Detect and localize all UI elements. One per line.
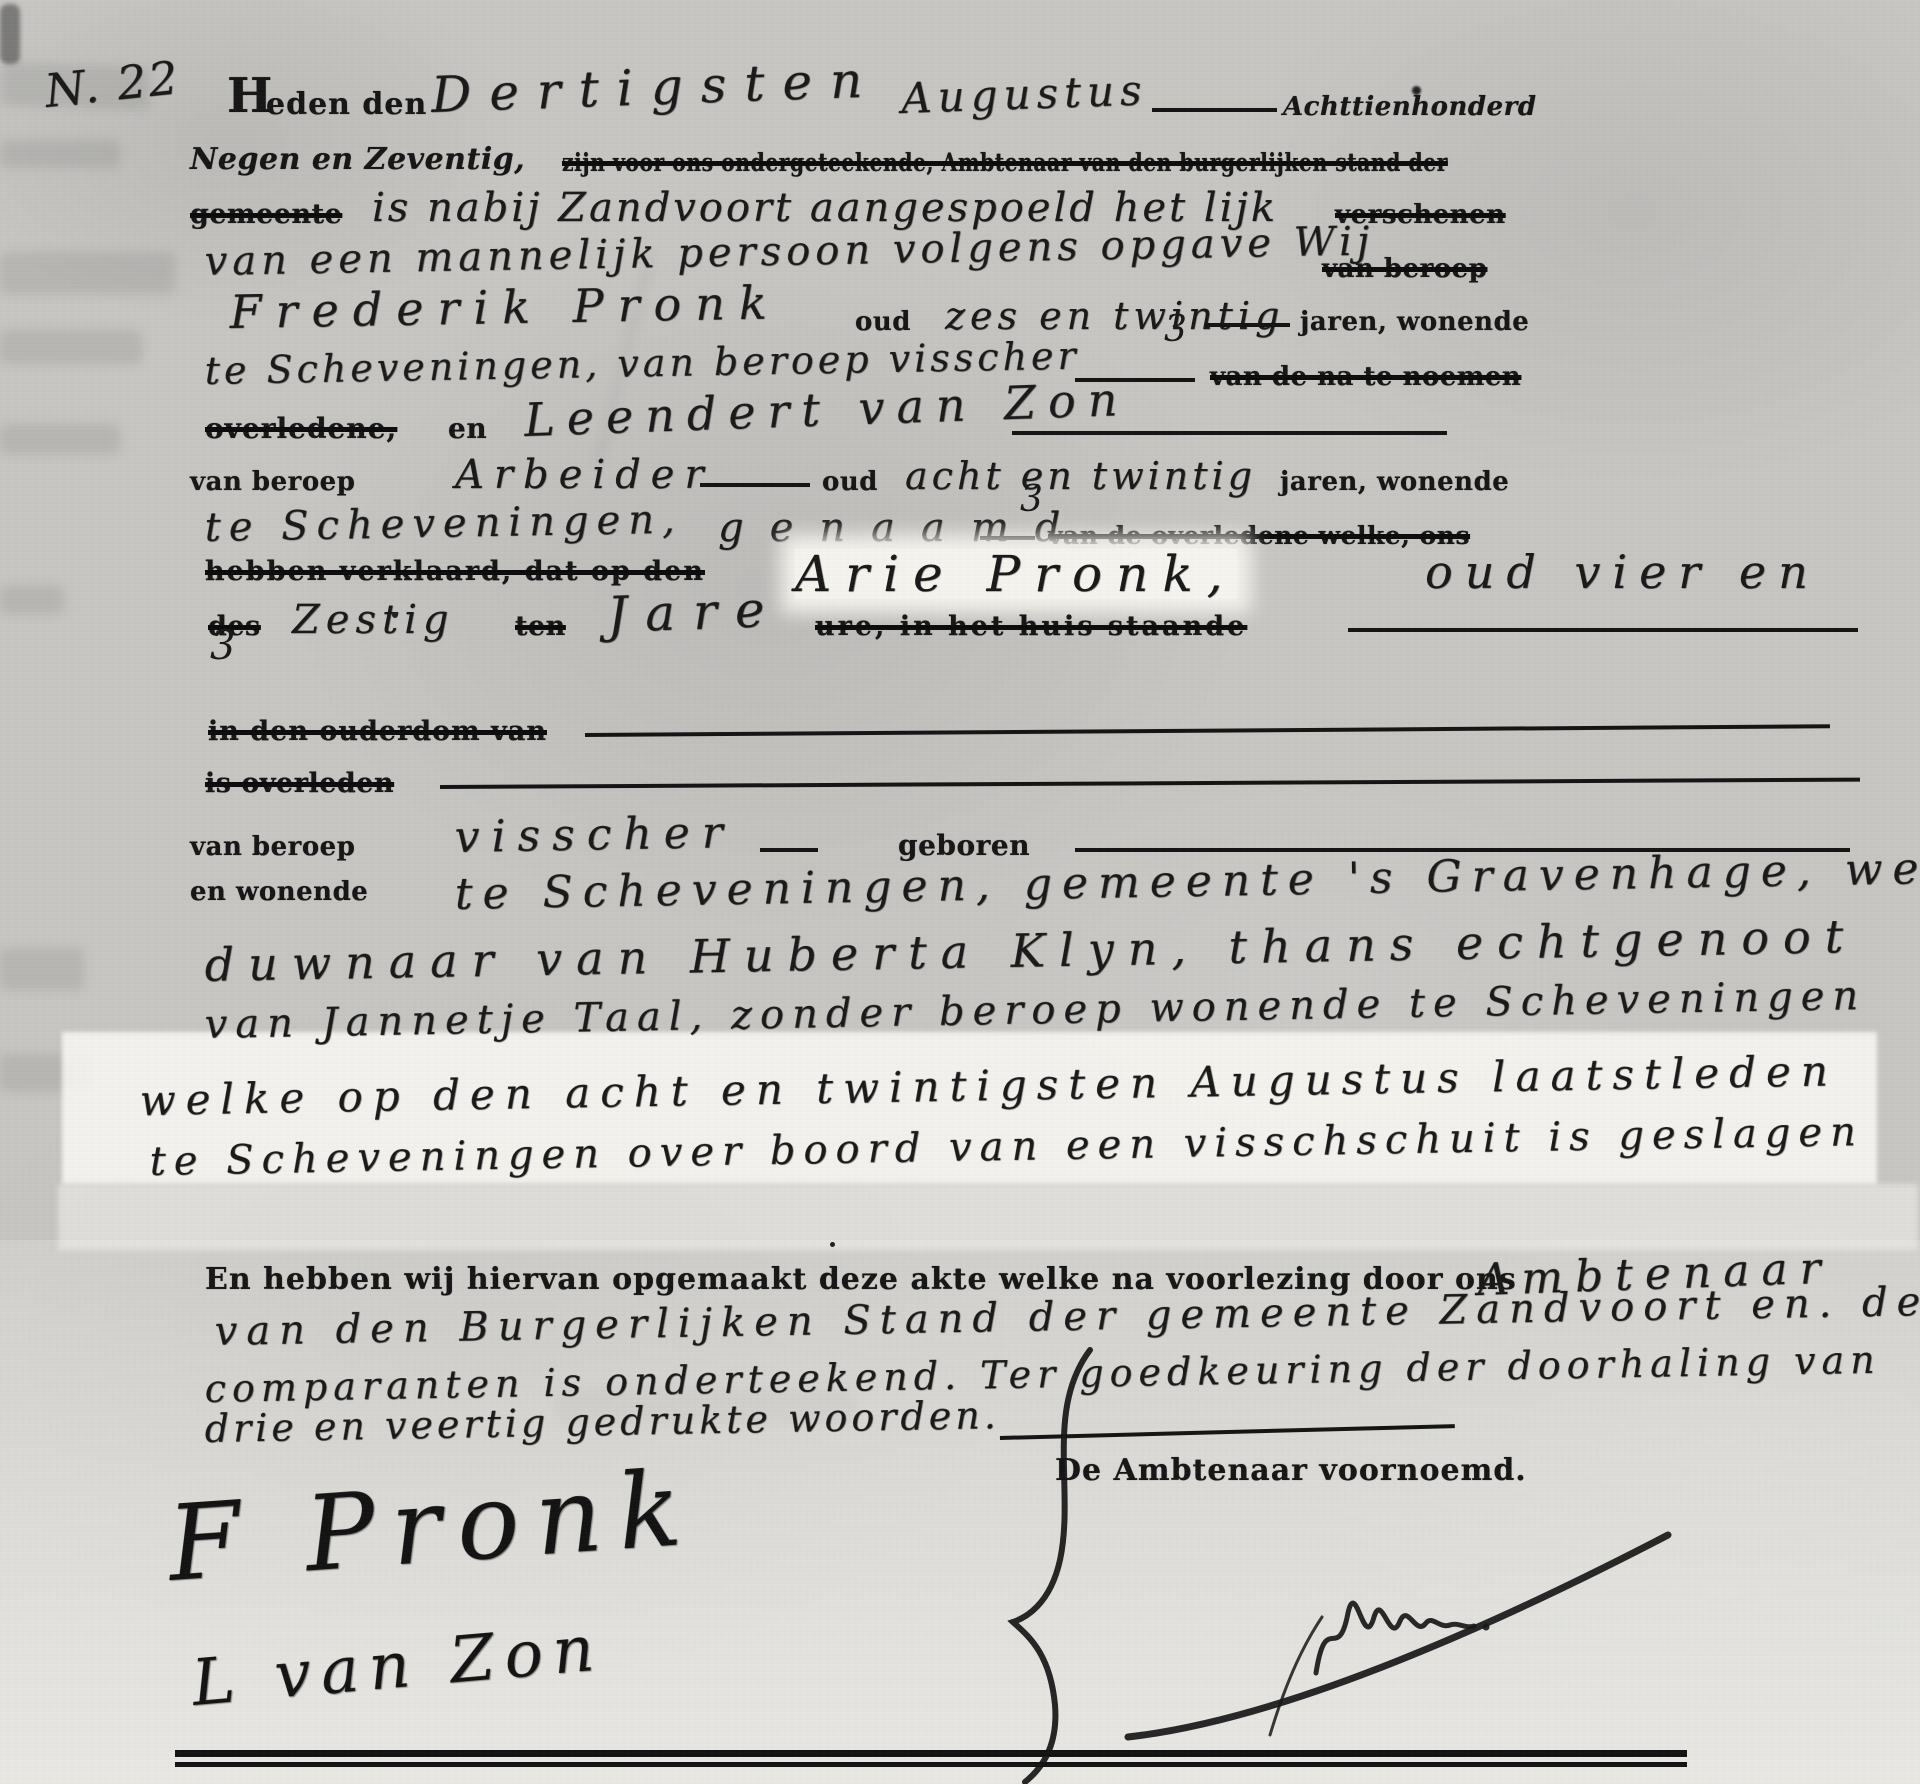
handwritten-entry: Augustus — [901, 69, 1149, 120]
notary-brace — [1005, 1350, 1105, 1784]
blank-line-rule — [585, 724, 1830, 737]
handwritten-entry: van Jannetje Taal, zonder beroep wonende… — [204, 976, 1866, 1045]
edge-blotch — [0, 4, 20, 64]
handwritten-entry: te Scheveningen over boord van een vissc… — [149, 1112, 1864, 1182]
document-line: hebben verklaard, dat op denArie Pronk,o… — [0, 525, 1920, 585]
bottom-double-rule — [175, 1762, 1687, 1767]
document-line: N. 22Heden denDertigstenAugustusAchttien… — [0, 60, 1920, 120]
document-line: overledene,enLeendert van Zon — [0, 383, 1920, 443]
struck-printed-text: ten — [515, 613, 566, 640]
handwritten-entry: Zestig — [292, 600, 454, 640]
handwritten-entry: Dertigsten — [430, 54, 881, 120]
handwritten-entry: Jare — [606, 584, 783, 640]
correction-count-mark: 3 — [210, 626, 235, 666]
struck-printed-text: ure, in het huis staande — [815, 613, 1247, 640]
document-line: is overleden — [0, 737, 1920, 797]
document-line: van Jannetje Taal, zonder beroep wonende… — [0, 985, 1920, 1045]
blank-line-rule — [1348, 628, 1858, 632]
correction-count-mark: 3 — [1020, 482, 1043, 518]
handwritten-entry: Frederik Pronk — [229, 279, 781, 335]
document-line: van een mannelijk persoon volgens opgave… — [0, 222, 1920, 282]
death-record-scan: N. 22Heden denDertigstenAugustusAchttien… — [0, 0, 1920, 1784]
bottom-double-rule — [175, 1750, 1687, 1757]
printed-form-text: De Ambtenaar voornoemd. — [1055, 1456, 1527, 1486]
struck-printed-text: is overleden — [205, 770, 394, 797]
document-line: in den ouderdom van — [0, 685, 1920, 745]
handwritten-entry: van een mannelijk persoon volgens opgave… — [204, 222, 1374, 282]
signature-l-van-zon: L van Zon — [189, 1616, 606, 1716]
document-line: van beroepArbeideroudacht en twintigjare… — [0, 435, 1920, 495]
correction-count-mark: 3 — [1164, 312, 1187, 348]
document-line: te Scheveningen over boord van een vissc… — [0, 1122, 1920, 1182]
blank-line-rule — [1152, 108, 1277, 112]
handwritten-entry: N. 22 — [43, 54, 182, 114]
blank-line-rule — [440, 778, 1860, 789]
document-line: Negen en Zeventig,zijn voor ons onderget… — [0, 115, 1920, 175]
document-line: desZestigtenJareure, in het huis staande — [0, 580, 1920, 640]
document-line: en wonendete Scheveningen, gemeente 's G… — [0, 845, 1920, 905]
official-signature-scribble — [1120, 1525, 1680, 1755]
document-line: Frederik Pronkoudzes en twintigjaren, wo… — [0, 275, 1920, 335]
handwritten-entry: welke op den acht en twintigsten Augustu… — [139, 1050, 1838, 1122]
printed-form-text: en wonende — [190, 879, 368, 905]
document-line: gemeenteis nabij Zandvoort aangespoeld h… — [0, 168, 1920, 228]
handwritten-entry: te Scheveningen, gemeente 's Gravenhage,… — [454, 847, 1920, 917]
blank-line-rule — [700, 483, 810, 487]
blank-line-rule — [1205, 323, 1290, 327]
